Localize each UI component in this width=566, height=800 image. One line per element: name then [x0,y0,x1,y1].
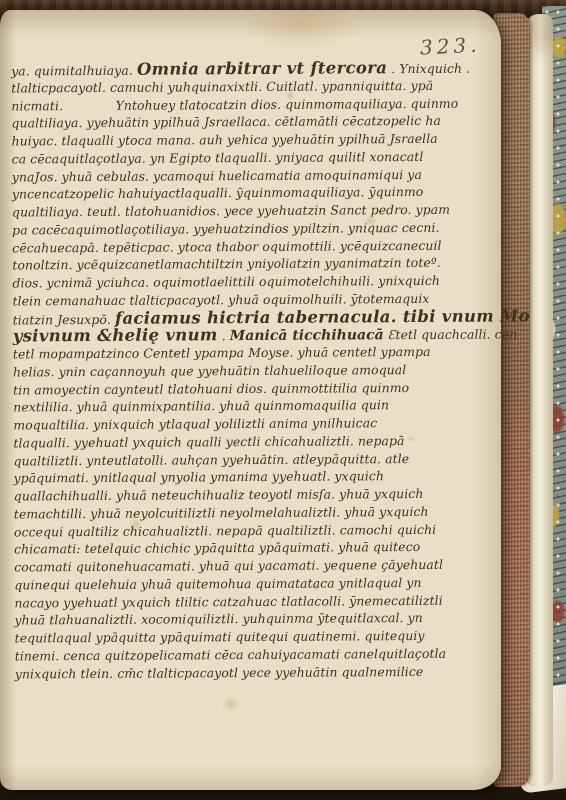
manuscript-text-segment: occequi qualtiliz chicahualiztli. nepapā… [14,521,436,539]
manuscript-line: tetl mopampatzinco Centetl ypampa Moyse.… [13,343,495,364]
manuscript-text-segment: yncencatzopelic hahuiyactlaqualli. ȳquin… [12,184,424,202]
manuscript-text-segment: tinemi. cenca quitzopelicamati cēca cahu… [15,646,446,664]
manuscript-text-segment: qualtiliaya. yyehuātin ypilhuā Jsraellac… [11,113,441,131]
manuscript-text-segment: ya. quimitalhuiaya. [11,63,137,79]
manuscript-text-segment: dios. ycnimā yciuhca. oquimotlaelittili … [12,273,440,291]
manuscript-text-segment: tonoltzin. ycēquizcanetlamachtiltzin yni… [12,255,441,273]
manuscript-text-segment: chicamati: tetelquic chichic ypāquitta y… [14,539,420,556]
manuscript-text-segment: ynixquich tlein. cm̄c tlalticpacayotl ye… [15,663,424,680]
manuscript-line: temachtilli. yhuā neyolcuitiliztli neyol… [14,502,496,523]
manuscript-text-segment: Omnia arbitrar vt ſtercora [137,58,387,79]
manuscript-text-segment: cocamati quitonehuacamati. yhuā qui yaca… [14,557,443,575]
manuscript-text-segment: ynaJos. yhuā cebulas. ycamoqui huelicama… [12,166,422,184]
manuscript-text: ya. quimitalhuiaya. Omnia arbitrar vt ſt… [11,59,497,683]
manuscript-text-segment: . Ynixquich . [387,61,470,77]
manuscript-text-segment: qualtiliaya. teutl. tlatohuanidios. yece… [12,202,450,220]
manuscript-line: tlalticpacayotl. camuchi yuhquinaxixtli.… [11,76,493,97]
manuscript-text-segment: ysivnum &helię vnum [13,325,218,345]
manuscript-line: tinemi. cenca quitzopelicamati cēca cahu… [15,644,497,665]
manuscript-text-segment: tlein cemanahuac tlalticpacayotl. yhuā o… [13,291,430,309]
manuscript-text-segment: pa cacēcaquimotlaçotiliaya. yyehuatzindi… [12,220,439,238]
manuscript-text-segment: quallachihualli. yhuā neteuchihualiz teo… [14,486,424,504]
manuscript-text-segment: nacayo yyehuatl yxquich tliltic catzahua… [14,592,442,610]
manuscript-text-segment: tlaqualli. yyehuatl yxquich qualli yectl… [13,433,404,450]
manuscript-text-segment: ypāquimati. ynitlaqual ynyolia ymanima y… [14,468,384,485]
manuscript-line: pa cacēcaquimotlaçotiliaya. yyehuatzindi… [12,218,494,239]
manuscript-line: ynixquich tlein. cm̄c tlalticpacayotl ye… [15,662,497,683]
folio-number: 323. [420,32,482,59]
manuscript-page: 323. ya. quimitalhuiaya. Omnia arbitrar … [0,10,501,790]
manuscript-line: occequi qualtiliz chicahualiztli. nepapā… [14,520,496,541]
manuscript-line: ca cēcaquitlaçotlaya. yn Egipto tlaquall… [12,147,494,168]
under-page-edge [526,14,553,786]
manuscript-text-segment: . [218,328,230,343]
manuscript-text-segment: cēcahuecapā. tepēticpac. ytoca thabor oq… [12,237,441,255]
manuscript-text-segment: tetl mopampatzinco Centetl ypampa Moyse.… [13,344,431,362]
manuscript-text-segment: quinequi quelehuia yhuā quitemohua quima… [14,575,421,592]
manuscript-text-segment: tiatzin Jesuxpō. [13,311,115,327]
manuscript-text-segment: tlalticpacayotl. camuchi yuhquinaxixtli.… [11,78,433,96]
manuscript-text-segment: tin amoyectin caynteutl tlatohuani dios.… [13,380,409,397]
manuscript-text-segment: nicmati. Yntohuey tlatocatzin dios. quin… [11,95,458,113]
manuscript-line: nacayo yyehuatl yxquich tliltic catzahua… [14,591,496,612]
manuscript-text-segment: tequitlaqual ypāquitta ypāquimati quiteq… [15,628,425,646]
manuscript-line: cocamati quitonehuacamati. yhuā qui yaca… [14,556,496,577]
manuscript-text-segment: temachtilli. yhuā neyolcuitiliztli neyol… [14,504,429,522]
manuscript-text-segment: moqualtilia. ynixquich ytlaqual yolilizt… [13,415,377,432]
manuscript-text-segment: Ɛtetl quachcalli. cen [384,327,518,343]
manuscript-text-segment: helias. ynin caçannoyuh que yyehuātin tl… [13,362,406,379]
manuscript-text-segment: yhuā tlahuanaliztli. xocomiquiliztli. yu… [14,610,422,627]
manuscript-text-segment: huiyac. tlaqualli ytoca mana. auh yehica… [12,131,438,149]
manuscript-text-segment: ca cēcaquitlaçotlaya. yn Egipto tlaquall… [12,149,424,167]
manuscript-text-segment: qualtiliztli. ynteutlatolli. auhçan yyeh… [13,451,409,468]
manuscript-text-segment: Manicā ticchihuacā [230,327,384,344]
manuscript-text-segment: nextililia. yhuā quinmixpantilia. yhuā q… [13,397,389,414]
